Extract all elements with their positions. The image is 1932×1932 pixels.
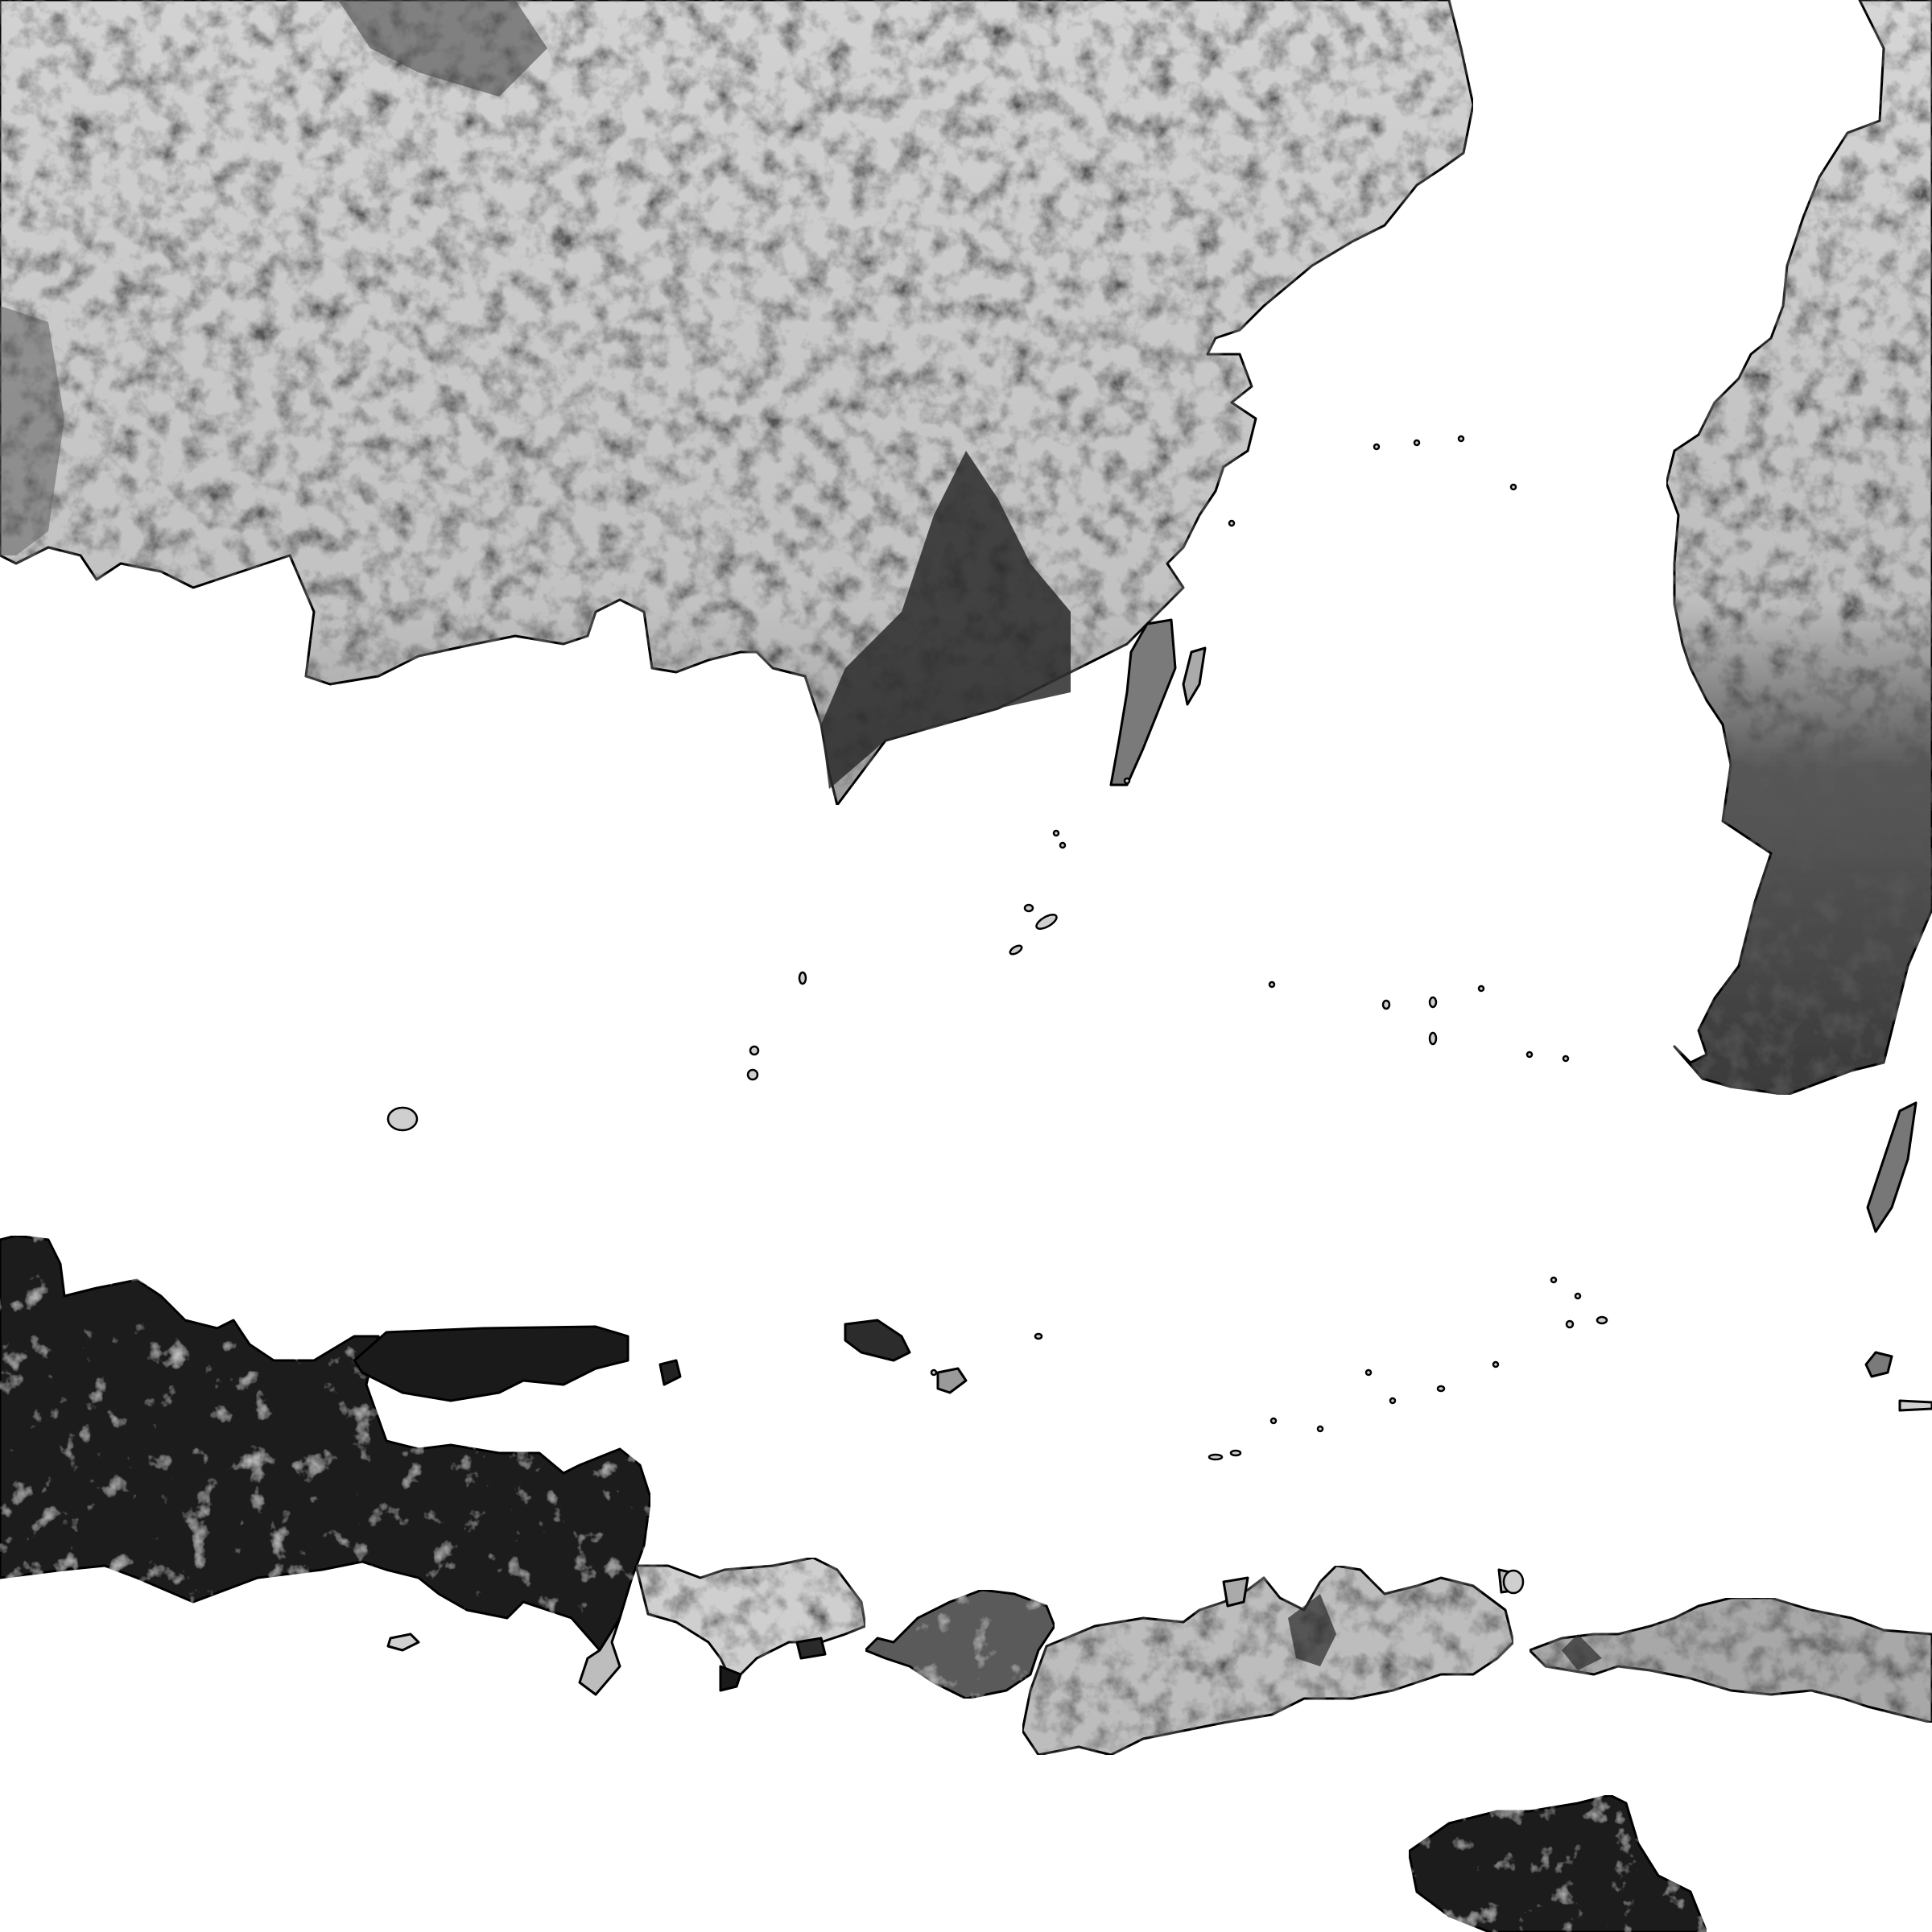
landmass-lombok — [865, 1590, 1055, 1699]
landmass-flores — [1529, 1598, 1932, 1723]
landmass-java — [0, 1236, 650, 1695]
landmass-madura — [354, 1327, 680, 1401]
map-canvas[interactable] — [0, 0, 1932, 1932]
landmass-kangean — [845, 1320, 966, 1393]
landmass-bali — [636, 1558, 865, 1690]
landmass-sumba — [1409, 1795, 1707, 1932]
map-svg — [0, 0, 1932, 1932]
landmass-borneo — [0, 0, 1473, 805]
landmass-sumbawa — [1022, 1566, 1517, 1755]
landmass-sulawesi — [1666, 0, 1932, 1232]
landmass-buton — [1866, 1352, 1932, 1410]
